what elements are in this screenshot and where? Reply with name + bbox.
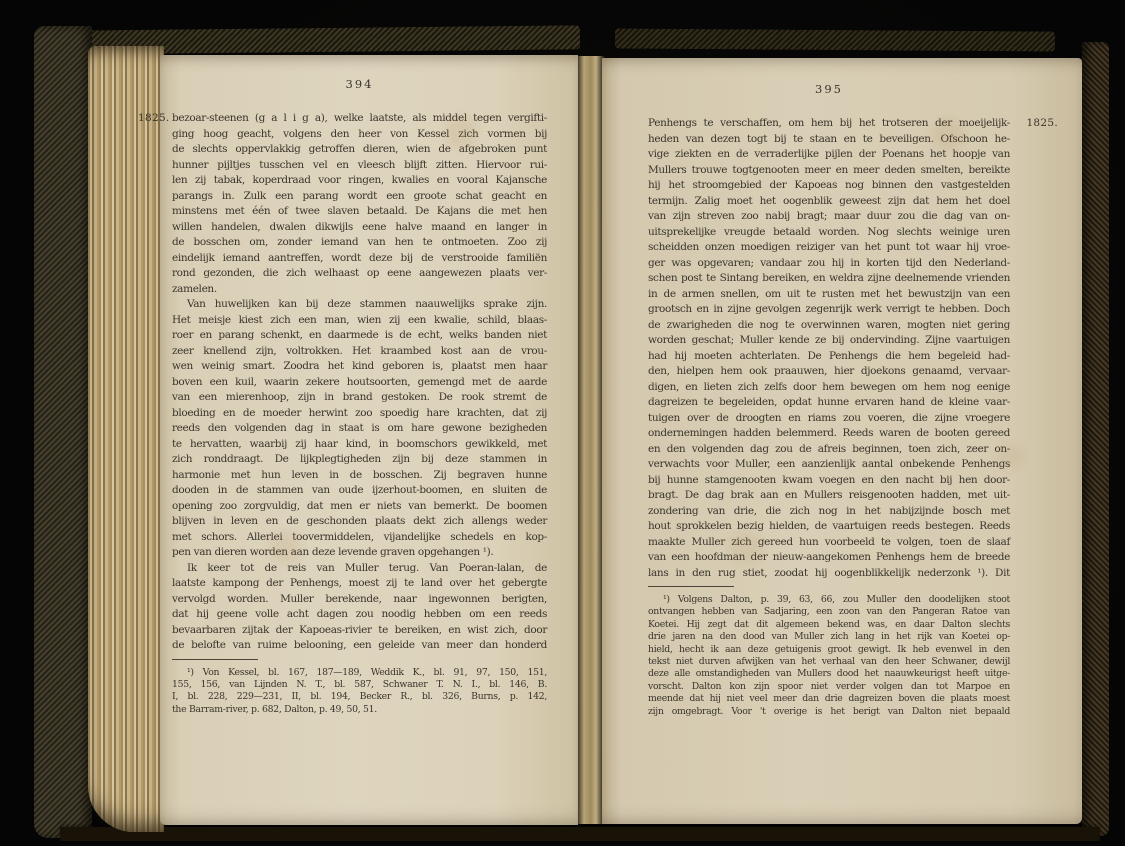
right-body-line: dagreizen te begeleiden, opdat hunne erv…: [648, 395, 1010, 411]
left-body-line: pen van dieren worden aan deze levende g…: [172, 545, 547, 561]
left-margin-year: 1825.: [138, 112, 170, 124]
page-edge-stack: [88, 46, 164, 832]
left-body-text: bezoar-steenen (g a l i g a), welke laat…: [172, 111, 547, 654]
book-cover-right: [1082, 42, 1109, 836]
right-body-line: zondering van drie, die zich nog in het …: [648, 504, 1010, 520]
left-body-line: laatste kampong der Penhengs, moest zij …: [172, 576, 547, 592]
right-body-line: worden geschat; Muller kende ze bij onde…: [648, 333, 1010, 349]
left-body-line: zamelen.: [172, 282, 547, 298]
left-body-line: roer en parang schenkt, en daarmede is d…: [172, 328, 547, 344]
left-body-line: de bosschen om, zonder iemand van hen te…: [172, 235, 547, 251]
right-body-line: Mullers trouwe togtgenooten meer en meer…: [648, 163, 1010, 179]
right-footnote-line: meende dat hij niet veel meer dan drie d…: [648, 693, 1010, 705]
right-body-line: digen, en lieten zich zelfs door hem bew…: [648, 380, 1010, 396]
right-body-line: scheidden onzen moedigen reiziger van he…: [648, 240, 1010, 256]
right-body-line: lans in den rug stiet, zoodat hij oogenb…: [648, 566, 1010, 582]
right-body-line: uitsprekelijke vreugde betaald worden. N…: [648, 225, 1010, 241]
book-gutter: [575, 56, 605, 824]
left-body-line: parangs in. Zulk een parang wordt een gr…: [172, 189, 547, 205]
right-body-line: van een hoofdman der nieuw-aangekomen Pe…: [648, 550, 1010, 566]
right-footnote-line: ontvangen hebben van Sadjaring, een zoon…: [648, 606, 1010, 618]
left-body-line: van een mierenhoop, zijn in brand gestok…: [172, 390, 547, 406]
right-body-line: maakte Muller zich gereed hun voorbeeld …: [648, 535, 1010, 551]
right-margin-year: 1825.: [1026, 117, 1058, 129]
left-text-block: 1825. bezoar-steenen (g a l i g a), welk…: [172, 111, 547, 716]
left-body-line: zeer knellend zijn, voltrokken. Het kraa…: [172, 344, 547, 360]
left-body-line: rond gezonden, die zich welhaast op eene…: [172, 266, 547, 282]
right-body-line: termijn. Zalig moet het oogenblik gewees…: [648, 194, 1010, 210]
right-footnote-line: Koetei. Hij zegt dat dit algemeen bekend…: [648, 619, 1010, 631]
scanned-book-photo: 394 1825. bezoar-steenen (g a l i g a), …: [0, 0, 1125, 846]
book-cover-top-edge-right: [615, 28, 1055, 51]
right-body-line: heden van dezen togt bij te staan en te …: [648, 132, 1010, 148]
left-footnote-line: 155, 156, van Lijnden N. T., bl. 587, Sc…: [172, 679, 547, 691]
right-page: 395 1825. Penhengs te verschaffen, om he…: [602, 58, 1082, 824]
right-body-text: Penhengs te verschaffen, om hem bij het …: [648, 116, 1010, 581]
left-body-line: Ik keer tot de reis van Muller terug. Va…: [172, 561, 547, 577]
left-body-line: dat hij geene volle acht dagen zou noodi…: [172, 607, 547, 623]
left-footnote-line: the Barram-river, p. 682, Dalton, p. 49,…: [172, 704, 547, 716]
left-body-line: opening zoo zorgvuldig, dat men er niets…: [172, 499, 547, 515]
left-body-line: zich ronddraagt. De lijkplegtigheden zij…: [172, 452, 547, 468]
right-footnote-rule: [648, 586, 734, 587]
left-body-line: wen weinig smart. Zoodra het kind gebore…: [172, 359, 547, 375]
right-body-line: tuigen over de droogten en riams zou voe…: [648, 411, 1010, 427]
left-body-line: vervolgd worden. Muller berekende, naar …: [172, 592, 547, 608]
left-body-line: minstens met één of twee slaven betaald.…: [172, 204, 547, 220]
left-page-number: 394: [172, 77, 547, 91]
left-body-line: bevaarbaren zijtak der Kapoeas-rivier te…: [172, 623, 547, 639]
right-footnote: ¹) Volgens Dalton, p. 39, 63, 66, zou Mu…: [648, 594, 1010, 718]
left-body-line: boven een kuil, waarin zekere houtsoorte…: [172, 375, 547, 391]
right-body-line: bij hunne stamgenooten kwam voegen en de…: [648, 473, 1010, 489]
left-page: 394 1825. bezoar-steenen (g a l i g a), …: [160, 55, 578, 825]
left-body-line: harmonie met hun leven in de bosschen. Z…: [172, 468, 547, 484]
left-footnote-line: I, bl. 228, 229—231, II, bl. 194, Becker…: [172, 691, 547, 703]
right-body-line: hij het stroomgebied der Kapoeas nog bin…: [648, 178, 1010, 194]
right-footnote-line: deze alle omstandigheden van Mullers doo…: [648, 668, 1010, 680]
left-footnote: ¹) Von Kessel, bl. 167, 187—189, Weddik …: [172, 667, 547, 717]
right-body-line: van zijn streven zoo nabij bragt; maar d…: [648, 209, 1010, 225]
right-body-line: Penhengs te verschaffen, om hem bij het …: [648, 116, 1010, 132]
left-body-line: eindelijk iemand aantreffen, wordt deze …: [172, 251, 547, 267]
left-body-line: hunner pijltjes tusschen vel en vleesch …: [172, 158, 547, 174]
right-body-line: in de armen snellen, om uit te rusten me…: [648, 287, 1010, 303]
right-body-line: den, hielpen hem ook praauwen, hier djoe…: [648, 364, 1010, 380]
left-body-line: ging hoog geacht, volgens den heer von K…: [172, 127, 547, 143]
left-footnote-rule: [172, 659, 258, 660]
left-body-line: de slechts oppervlakkig getroffen dieren…: [172, 142, 547, 158]
right-body-line: ger was opgevaren; vandaar zou hij in ko…: [648, 256, 1010, 272]
right-body-line: vige ziekten en de verraderlijke pijlen …: [648, 147, 1010, 163]
right-footnote-line: drie jaren na den dood van Muller zich l…: [648, 631, 1010, 643]
right-footnote-line: ¹) Volgens Dalton, p. 39, 63, 66, zou Mu…: [648, 594, 1010, 606]
left-body-line: met schors. Allerlei toovermiddelen, vij…: [172, 530, 547, 546]
left-body-line: te hervatten, waarbij zij haar kind, in …: [172, 437, 547, 453]
left-body-line: de belofte van ruime belooning, een gele…: [172, 638, 547, 654]
right-body-line: de zwarigheden die nog te overwinnen war…: [648, 318, 1010, 334]
right-footnote-line: vorscht. Dalton kon zijn spoor niet verd…: [648, 681, 1010, 693]
left-body-line: dooden in de stammen van oude ijzerhout-…: [172, 483, 547, 499]
right-body-line: bragt. De dag brak aan en Mullers reisge…: [648, 488, 1010, 504]
left-body-line: blijven in leven en de geschonden plaats…: [172, 514, 547, 530]
right-body-line: schen post te Sintang bereiken, en weldr…: [648, 271, 1010, 287]
right-body-line: ondernemingen hadden belemmerd. Reeds wa…: [648, 426, 1010, 442]
book-cover-bottom-edge: [60, 827, 1100, 841]
left-body-line: bezoar-steenen (g a l i g a), welke laat…: [172, 111, 547, 127]
right-body-line: verwachts voor Muller, een aanzienlijk a…: [648, 457, 1010, 473]
left-body-line: reeds den volgenden dag in staat is om h…: [172, 421, 547, 437]
right-footnote-line: hield, hecht ik aan deze getuigenis groo…: [648, 644, 1010, 656]
left-body-line: willen handelen, dwalen dikwijls eene ha…: [172, 220, 547, 236]
book-cover-left: [34, 26, 92, 838]
right-body-line: had hij moeten achterlaten. De Penhengs …: [648, 349, 1010, 365]
left-body-line: bloeding en de moeder herwint zoo spoedi…: [172, 406, 547, 422]
right-footnote-line: tekst niet durven afwijken van het verha…: [648, 656, 1010, 668]
left-body-line: Het meisje kiest zich een man, wien zij …: [172, 313, 547, 329]
right-body-line: grootsch en in zijne gevolgen zegenrijk …: [648, 302, 1010, 318]
right-body-line: hout sprokkelen bezig hielden, de vaartu…: [648, 519, 1010, 535]
right-text-block: 1825. Penhengs te verschaffen, om hem bi…: [648, 116, 1010, 718]
left-body-line: len zij tabak, koperdraad voor ringen, k…: [172, 173, 547, 189]
left-body-line: Van huwelijken kan bij deze stammen naau…: [172, 297, 547, 313]
right-body-line: en den volgenden dag zou de afreis begin…: [648, 442, 1010, 458]
right-page-number: 395: [648, 82, 1010, 96]
left-footnote-line: ¹) Von Kessel, bl. 167, 187—189, Weddik …: [172, 667, 547, 679]
right-footnote-line: zijn omgebragt. Voor 't overige is het b…: [648, 706, 1010, 718]
